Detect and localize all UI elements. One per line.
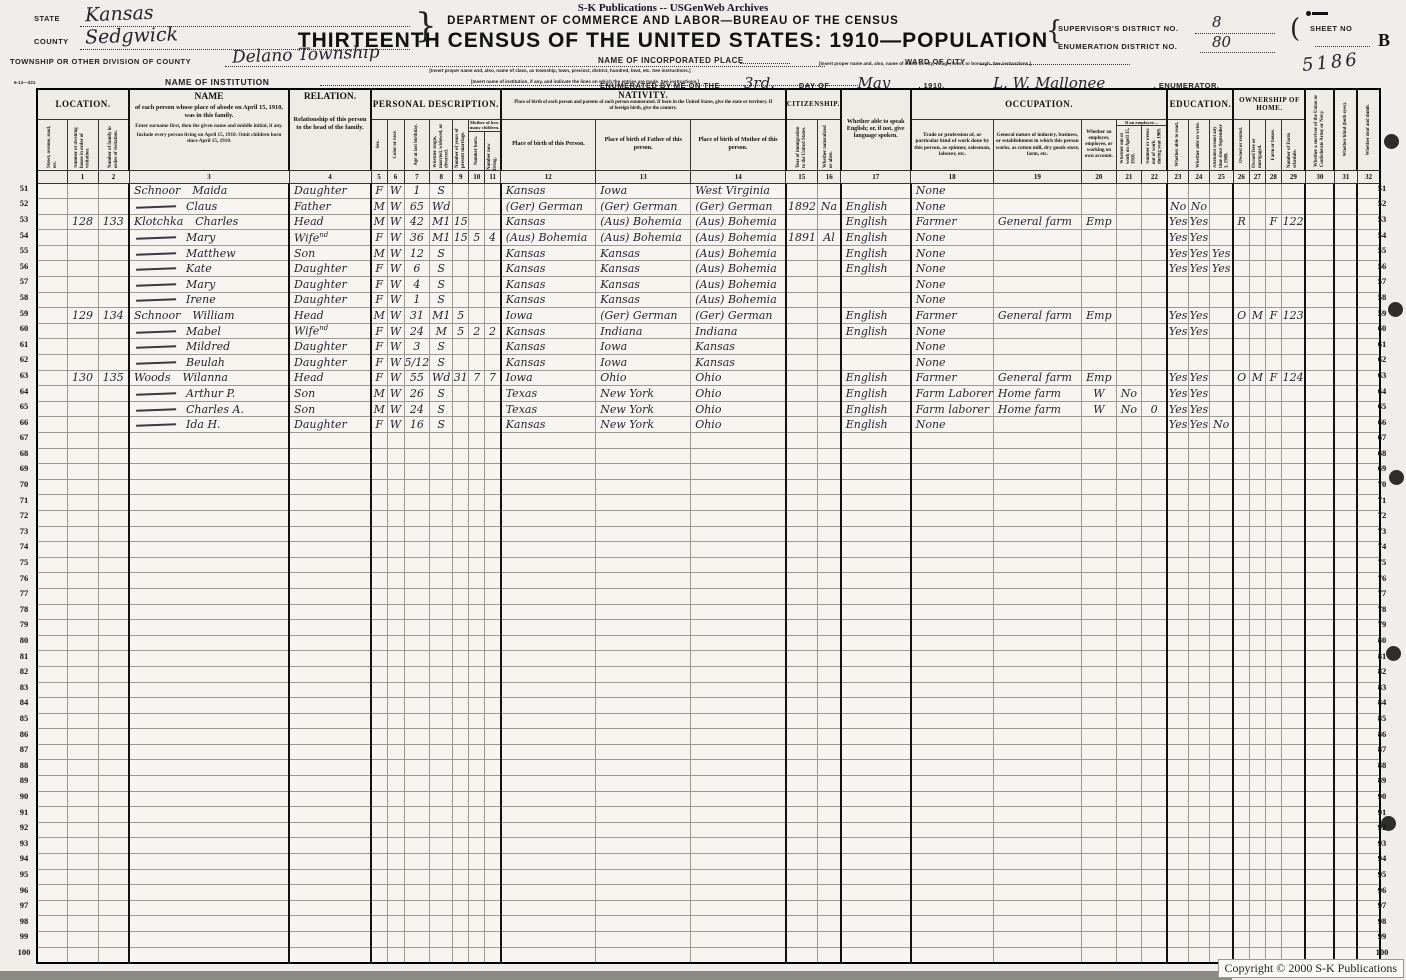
cell-wk [1141,542,1167,558]
cell-trade [911,433,994,449]
name-group-title: NAME [133,92,285,102]
cell-emp [1081,464,1116,480]
cell-hm [1249,838,1265,854]
cell-vet [1305,510,1334,526]
cell-ym [453,932,469,948]
cell-hf [1265,573,1281,589]
cell-name [129,916,289,932]
cell-cl [485,651,501,667]
cell-race: W [387,245,404,261]
cell-race [387,744,404,760]
cell-ind [993,542,1081,558]
col-head-age: Age at last birthday. [404,119,430,170]
cell-bpf: New York [596,417,691,433]
column-number: 2 [98,170,129,183]
line-number: 94 [14,851,34,867]
cell-mar [430,557,453,573]
cell-mar [430,713,453,729]
cell-mar: S [430,339,453,355]
cell-hr [1233,557,1249,573]
cell-wr [1188,464,1209,480]
cell-ind [993,323,1081,339]
cell-age: 1 [404,183,430,199]
cell-bl [1334,791,1357,807]
cell-ind [993,682,1081,698]
cell-bp [501,620,596,636]
cell-age [404,729,430,745]
cell-ow [1116,651,1141,667]
cell-hs [1281,713,1305,729]
census-row: MatthewSonMW12SKansasKansas(Aus) Bohemia… [37,245,1380,261]
cell-hs [1281,464,1305,480]
cell-sc [1209,308,1233,324]
cell-cb [469,588,485,604]
cell-ow [1116,760,1141,776]
cell-nat [818,807,841,823]
cell-cl [485,355,501,371]
cell-dw [67,713,98,729]
cell-ow [1116,620,1141,636]
state-label: STATE [34,14,60,23]
cell-race [387,932,404,948]
cell-rel [289,495,371,511]
cell-cb [469,713,485,729]
col-head-race: Color or race. [387,119,404,170]
cell-ow [1116,199,1141,215]
cell-age [404,464,430,480]
cell-imm [786,417,818,433]
cell-mar [430,542,453,558]
cell-rel [289,900,371,916]
cell-wr: Yes [1188,308,1209,324]
cell-fam [98,744,129,760]
cell-race [387,885,404,901]
cell-dw [67,947,98,963]
cell-trade [911,698,994,714]
cell-hs [1281,542,1305,558]
cell-sc [1209,183,1233,199]
cell-name [129,869,289,885]
census-row: IreneDaughterFW1SKansasKansas(Aus) Bohem… [37,292,1380,308]
cell-name: Mary [129,277,289,293]
cell-ow [1116,292,1141,308]
cell-dw [67,620,98,636]
line-number: 58 [1372,289,1392,305]
cell-wk [1141,838,1167,854]
line-number: 62 [1372,352,1392,368]
cell-age [404,776,430,792]
cell-trade: None [911,323,994,339]
census-row [37,635,1380,651]
cell-hs [1281,401,1305,417]
line-number: 78 [1372,601,1392,617]
cell-fam [98,822,129,838]
cell-nat [818,604,841,620]
cell-emp [1081,713,1116,729]
cell-trade [911,542,994,558]
cell-bl [1334,807,1357,823]
cell-vet [1305,885,1334,901]
cell-name: Mabel [129,323,289,339]
cell-eng [841,744,911,760]
cell-name [129,932,289,948]
cell-bpf [596,838,691,854]
cell-ind [993,916,1081,932]
cell-cb [469,822,485,838]
cell-age: 55 [404,370,430,386]
handwritten-superscript: nd [319,324,328,332]
cell-rel [289,932,371,948]
cell-ym [453,386,469,402]
cell-ow [1116,666,1141,682]
cell-st [37,433,67,449]
handwritten-given-name: Arthur P. [186,387,235,400]
cell-rel: Son [289,245,371,261]
cell-ow [1116,464,1141,480]
cell-trade [911,573,994,589]
cell-rel [289,433,371,449]
cell-hm [1249,807,1265,823]
cell-ow [1116,417,1141,433]
cell-bpm [691,791,786,807]
cell-mar [430,932,453,948]
cell-age [404,869,430,885]
cell-dw [67,932,98,948]
cell-bpm [691,729,786,745]
cell-age [404,495,430,511]
line-number: 72 [14,507,34,523]
cell-wr [1188,947,1209,963]
cell-bpf: Ohio [596,370,691,386]
census-table-wrap: LOCATION. NAME of each person whose plac… [36,88,1381,964]
cell-ind [993,947,1081,963]
cell-bpf: New York [596,386,691,402]
cell-hs [1281,557,1305,573]
cell-imm [786,573,818,589]
cell-sc [1209,230,1233,246]
handwritten-relation: Head [294,371,324,384]
cell-bp: Kansas [501,355,596,371]
cell-rel [289,666,371,682]
cell-eng [841,510,911,526]
cell-fam [98,713,129,729]
cell-race: W [387,292,404,308]
cell-bpf: Iowa [596,339,691,355]
cell-wk [1141,932,1167,948]
cell-bl [1334,822,1357,838]
cell-st [37,620,67,636]
cell-bpm [691,916,786,932]
cell-cb: 5 [469,230,485,246]
cell-hf [1265,885,1281,901]
cell-rd [1167,698,1188,714]
cell-ym [453,682,469,698]
cell-rel: Daughter [289,261,371,277]
cell-age: 31 [404,308,430,324]
cell-vet [1305,635,1334,651]
cell-mar [430,916,453,932]
cell-ym [453,651,469,667]
cell-nat [818,370,841,386]
cell-bl [1334,417,1357,433]
cell-nat [818,744,841,760]
cell-ym [453,916,469,932]
cell-vet [1305,401,1334,417]
cell-ym [453,854,469,870]
cell-rd [1167,885,1188,901]
cell-hr [1233,339,1249,355]
line-number: 56 [1372,258,1392,274]
brace-glyph: } [415,6,437,46]
cell-bp [501,854,596,870]
cell-cb [469,542,485,558]
cell-hr [1233,635,1249,651]
line-number: 73 [14,523,34,539]
line-number: 69 [1372,461,1392,477]
cell-nat [818,635,841,651]
cell-dw [67,479,98,495]
cell-bp [501,542,596,558]
cell-dw [67,386,98,402]
cell-bpf [596,433,691,449]
cell-cb [469,464,485,480]
ditto-mark [136,262,176,271]
cell-bl [1334,573,1357,589]
cell-hs [1281,448,1305,464]
cell-nat [818,323,841,339]
cell-nat [818,682,841,698]
cell-eng [841,557,911,573]
cell-imm [786,822,818,838]
cell-ind [993,292,1081,308]
cell-bl [1334,214,1357,230]
cell-emp [1081,448,1116,464]
cell-hs [1281,916,1305,932]
cell-hm [1249,651,1265,667]
col-head-birthplace-father: Place of birth of Father of this person. [596,119,691,170]
cell-vet [1305,526,1334,542]
cell-wr [1188,651,1209,667]
cell-rel [289,682,371,698]
cell-bp: Kansas [501,183,596,199]
cell-bpm [691,838,786,854]
cell-fam [98,791,129,807]
cell-emp [1081,277,1116,293]
cell-ind [993,885,1081,901]
cell-mar: S [430,292,453,308]
cell-sc [1209,635,1233,651]
cell-cl: 4 [485,230,501,246]
cell-mar [430,573,453,589]
cell-rd [1167,433,1188,449]
cell-name [129,791,289,807]
cell-race [387,729,404,745]
cell-fam [98,573,129,589]
cell-age [404,885,430,901]
cell-emp: W [1081,401,1116,417]
cell-bl [1334,510,1357,526]
cell-mar: S [430,245,453,261]
cell-hm [1249,760,1265,776]
cell-bpf [596,588,691,604]
cell-dw [67,510,98,526]
cell-trade: None [911,245,994,261]
cell-wr [1188,760,1209,776]
census-row [37,666,1380,682]
cell-vet [1305,854,1334,870]
cell-bpf [596,448,691,464]
cell-bp [501,869,596,885]
cell-hs [1281,245,1305,261]
cell-ym [453,557,469,573]
cell-emp [1081,947,1116,963]
cell-emp [1081,526,1116,542]
cell-race [387,448,404,464]
cell-rd [1167,495,1188,511]
cell-ind [993,557,1081,573]
line-number: 52 [1372,196,1392,212]
cell-dw [67,292,98,308]
cell-bp: Kansas [501,417,596,433]
handwritten-surname: Woods [134,371,171,384]
cell-hr: O [1233,308,1249,324]
cell-bl [1334,651,1357,667]
cell-sc: Yes [1209,261,1233,277]
cell-eng [841,666,911,682]
cell-sc [1209,495,1233,511]
cell-fam [98,386,129,402]
cell-emp [1081,355,1116,371]
line-number: 92 [1372,819,1392,835]
cell-trade [911,885,994,901]
cell-wr: Yes [1188,370,1209,386]
line-number: 97 [1372,897,1392,913]
line-number: 54 [14,227,34,243]
line-number: 53 [14,211,34,227]
cell-vet [1305,355,1334,371]
cell-nat [818,308,841,324]
cell-bpf [596,698,691,714]
cell-name: Matthew [129,245,289,261]
cell-ind [993,464,1081,480]
cell-ind [993,776,1081,792]
cell-wk [1141,245,1167,261]
cell-nat [818,666,841,682]
cell-name [129,433,289,449]
cell-bp [501,713,596,729]
cell-hs [1281,900,1305,916]
cell-dw [67,277,98,293]
cell-bpm [691,666,786,682]
cell-vet [1305,573,1334,589]
cell-bpm [691,822,786,838]
cell-st [37,666,67,682]
cell-vet [1305,261,1334,277]
name-desc-3: Include every person living on April 15,… [133,132,285,144]
cell-name: Kate [129,261,289,277]
cell-dw: 130 [67,370,98,386]
cell-wk [1141,183,1167,199]
cell-hm [1249,900,1265,916]
cell-bp [501,495,596,511]
cell-rel: Daughter [289,277,371,293]
cell-sex: F [371,261,387,277]
cell-bp [501,651,596,667]
cell-bp [501,776,596,792]
cell-wk [1141,370,1167,386]
cell-imm [786,557,818,573]
cell-ym: 15 [453,214,469,230]
line-number: 52 [14,196,34,212]
cell-st [37,713,67,729]
cell-cl [485,947,501,963]
cell-sex [371,573,387,589]
cell-nat [818,932,841,948]
cell-bp [501,838,596,854]
cell-eng [841,713,911,729]
cell-hm: M [1249,308,1265,324]
cell-eng: English [841,261,911,277]
cell-hf [1265,916,1281,932]
cell-ow: No [1116,401,1141,417]
cell-hf [1265,355,1281,371]
cell-dw [67,807,98,823]
cell-bpf [596,822,691,838]
cell-nat [818,464,841,480]
cell-hm [1249,199,1265,215]
cell-wr [1188,635,1209,651]
cell-trade: None [911,292,994,308]
cell-wr [1188,916,1209,932]
cell-eng: English [841,308,911,324]
ward-line [980,64,1130,65]
cell-wr [1188,479,1209,495]
census-row [37,807,1380,823]
census-row [37,542,1380,558]
cell-rel [289,916,371,932]
cell-imm [786,807,818,823]
cell-st [37,464,67,480]
cell-emp [1081,776,1116,792]
cell-imm [786,947,818,963]
cell-wk [1141,230,1167,246]
cell-ind [993,760,1081,776]
cell-sc [1209,573,1233,589]
cell-ym [453,417,469,433]
cell-bp: (Aus) Bohemia [501,230,596,246]
line-number: 74 [1372,539,1392,555]
line-number: 63 [1372,367,1392,383]
cell-hf [1265,557,1281,573]
cell-bl [1334,183,1357,199]
cell-cb [469,479,485,495]
cell-bpm [691,698,786,714]
cell-hr [1233,261,1249,277]
cell-vet [1305,620,1334,636]
cell-bpm: (Aus) Bohemia [691,230,786,246]
census-row [37,698,1380,714]
cell-rel [289,760,371,776]
cell-wk [1141,822,1167,838]
cell-bpf [596,682,691,698]
cell-name [129,713,289,729]
cell-dw [67,604,98,620]
cell-bpm: (Aus) Bohemia [691,292,786,308]
cell-bp: Kansas [501,339,596,355]
cell-dw [67,542,98,558]
cell-st [37,557,67,573]
cell-bpm [691,651,786,667]
